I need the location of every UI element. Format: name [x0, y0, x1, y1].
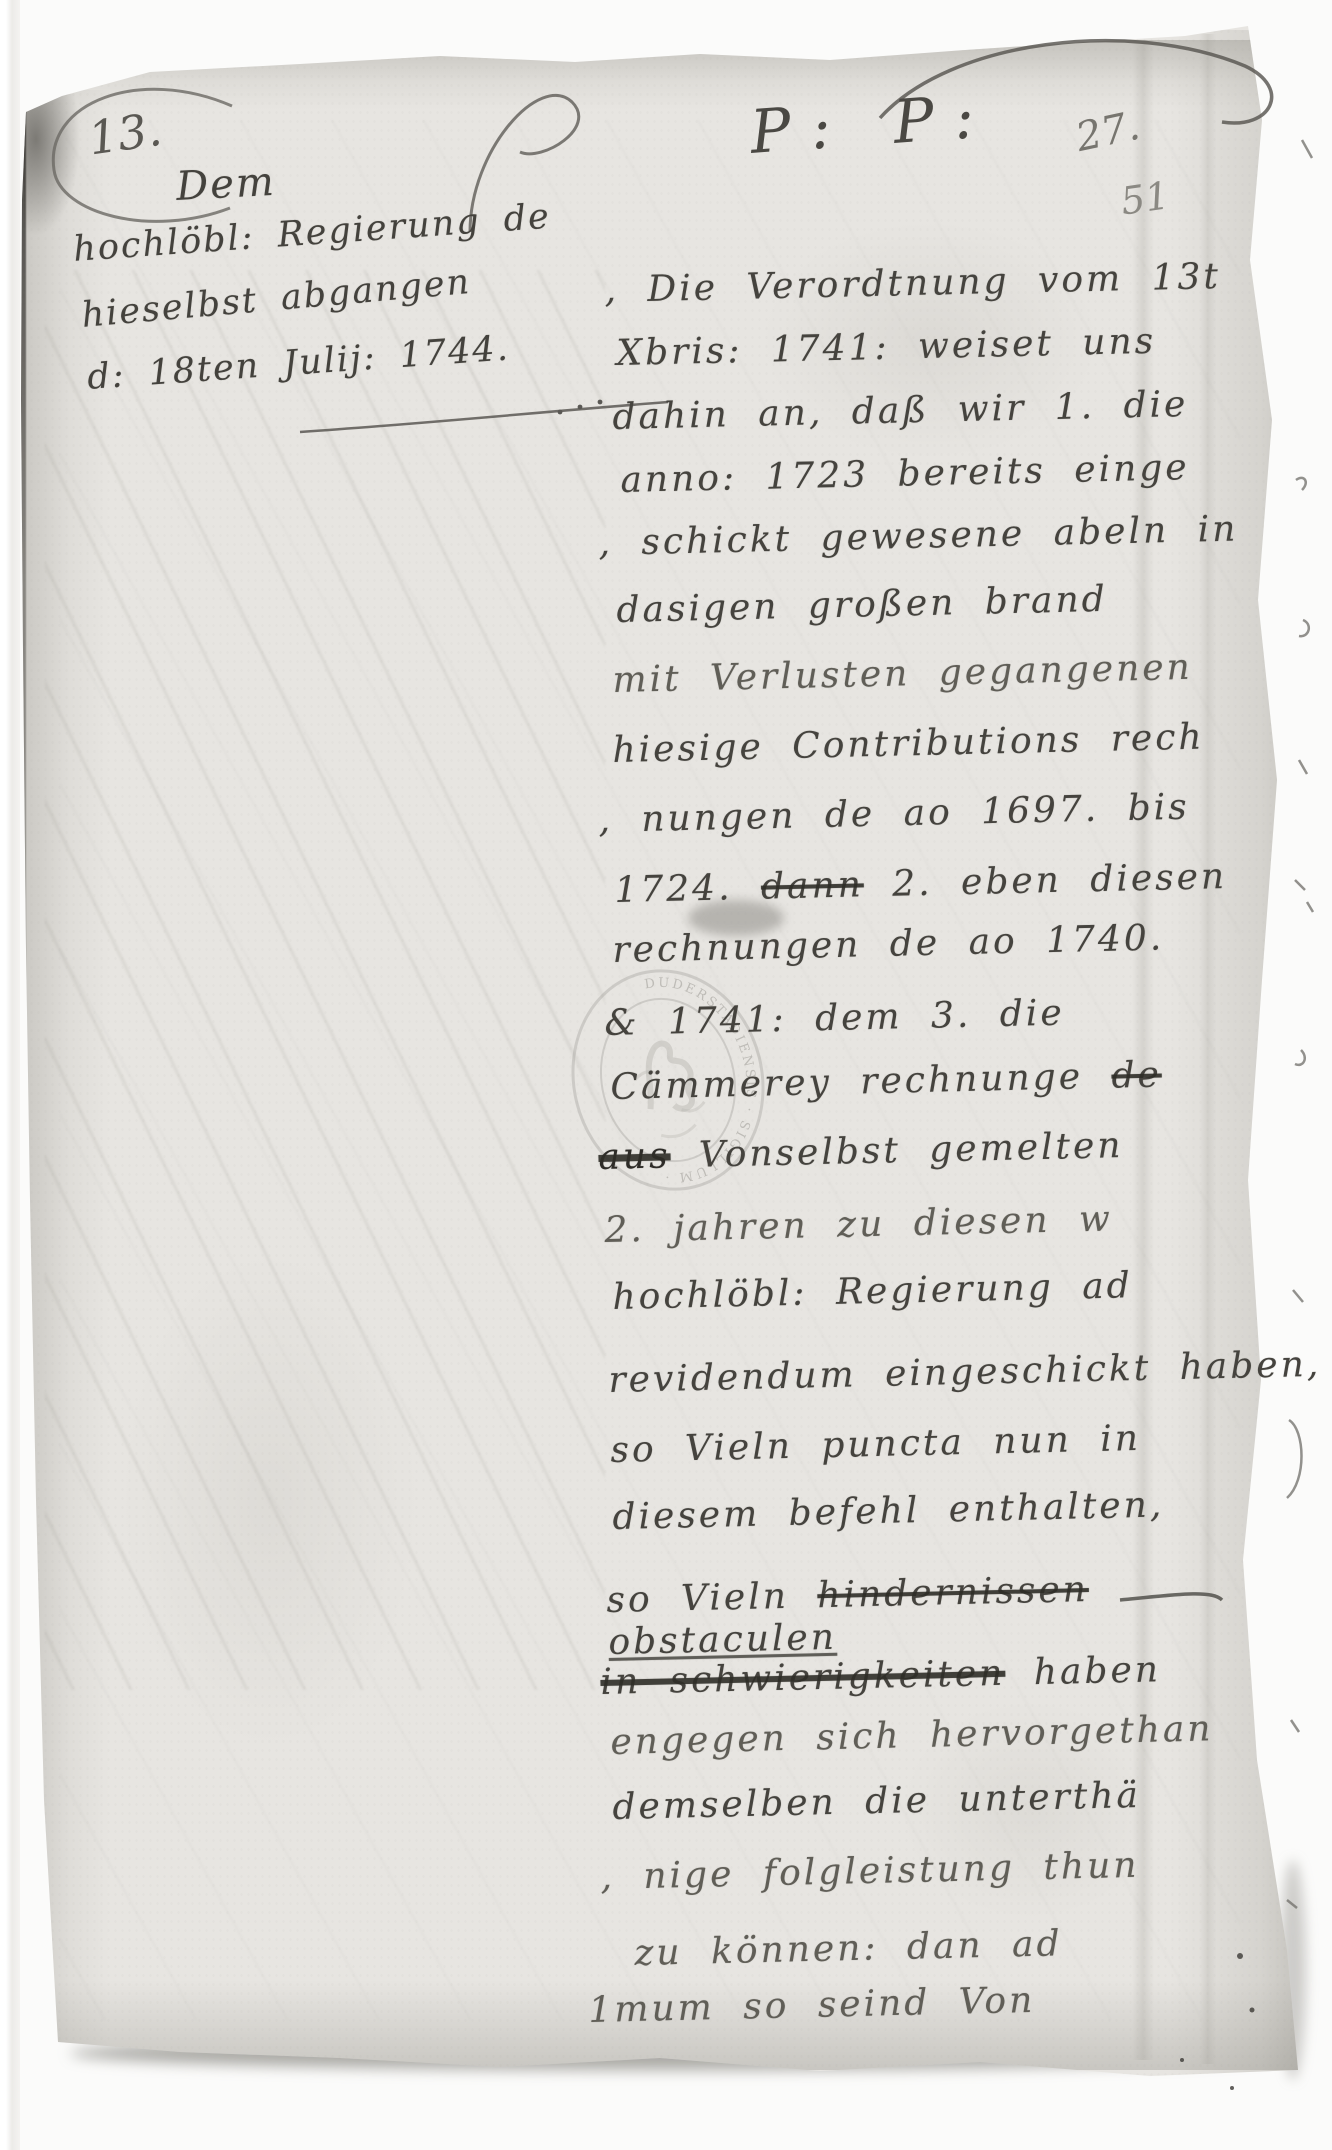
struck-word: hindernissen: [817, 1569, 1089, 1616]
ink-dot: [598, 400, 603, 405]
struck-word: dann: [760, 864, 864, 907]
body-line: obstaculen: [608, 1617, 837, 1663]
margin-note-line: Dem: [175, 159, 277, 210]
ink-dot: [558, 410, 563, 415]
folio-number: 51: [1118, 173, 1172, 223]
ink-specks: [1180, 1953, 1255, 2090]
archive-number-top-left: 13.: [85, 102, 165, 166]
struck-word: de: [1111, 1054, 1162, 1096]
document-page: DUDERSTADIENSIS · SIGILLUM ·: [0, 0, 1332, 2150]
struck-word: aus: [598, 1135, 671, 1178]
facing-page-ink-fragments: [1287, 140, 1313, 1908]
ink-dot: [578, 405, 583, 410]
strike-extension: [1120, 1594, 1222, 1600]
